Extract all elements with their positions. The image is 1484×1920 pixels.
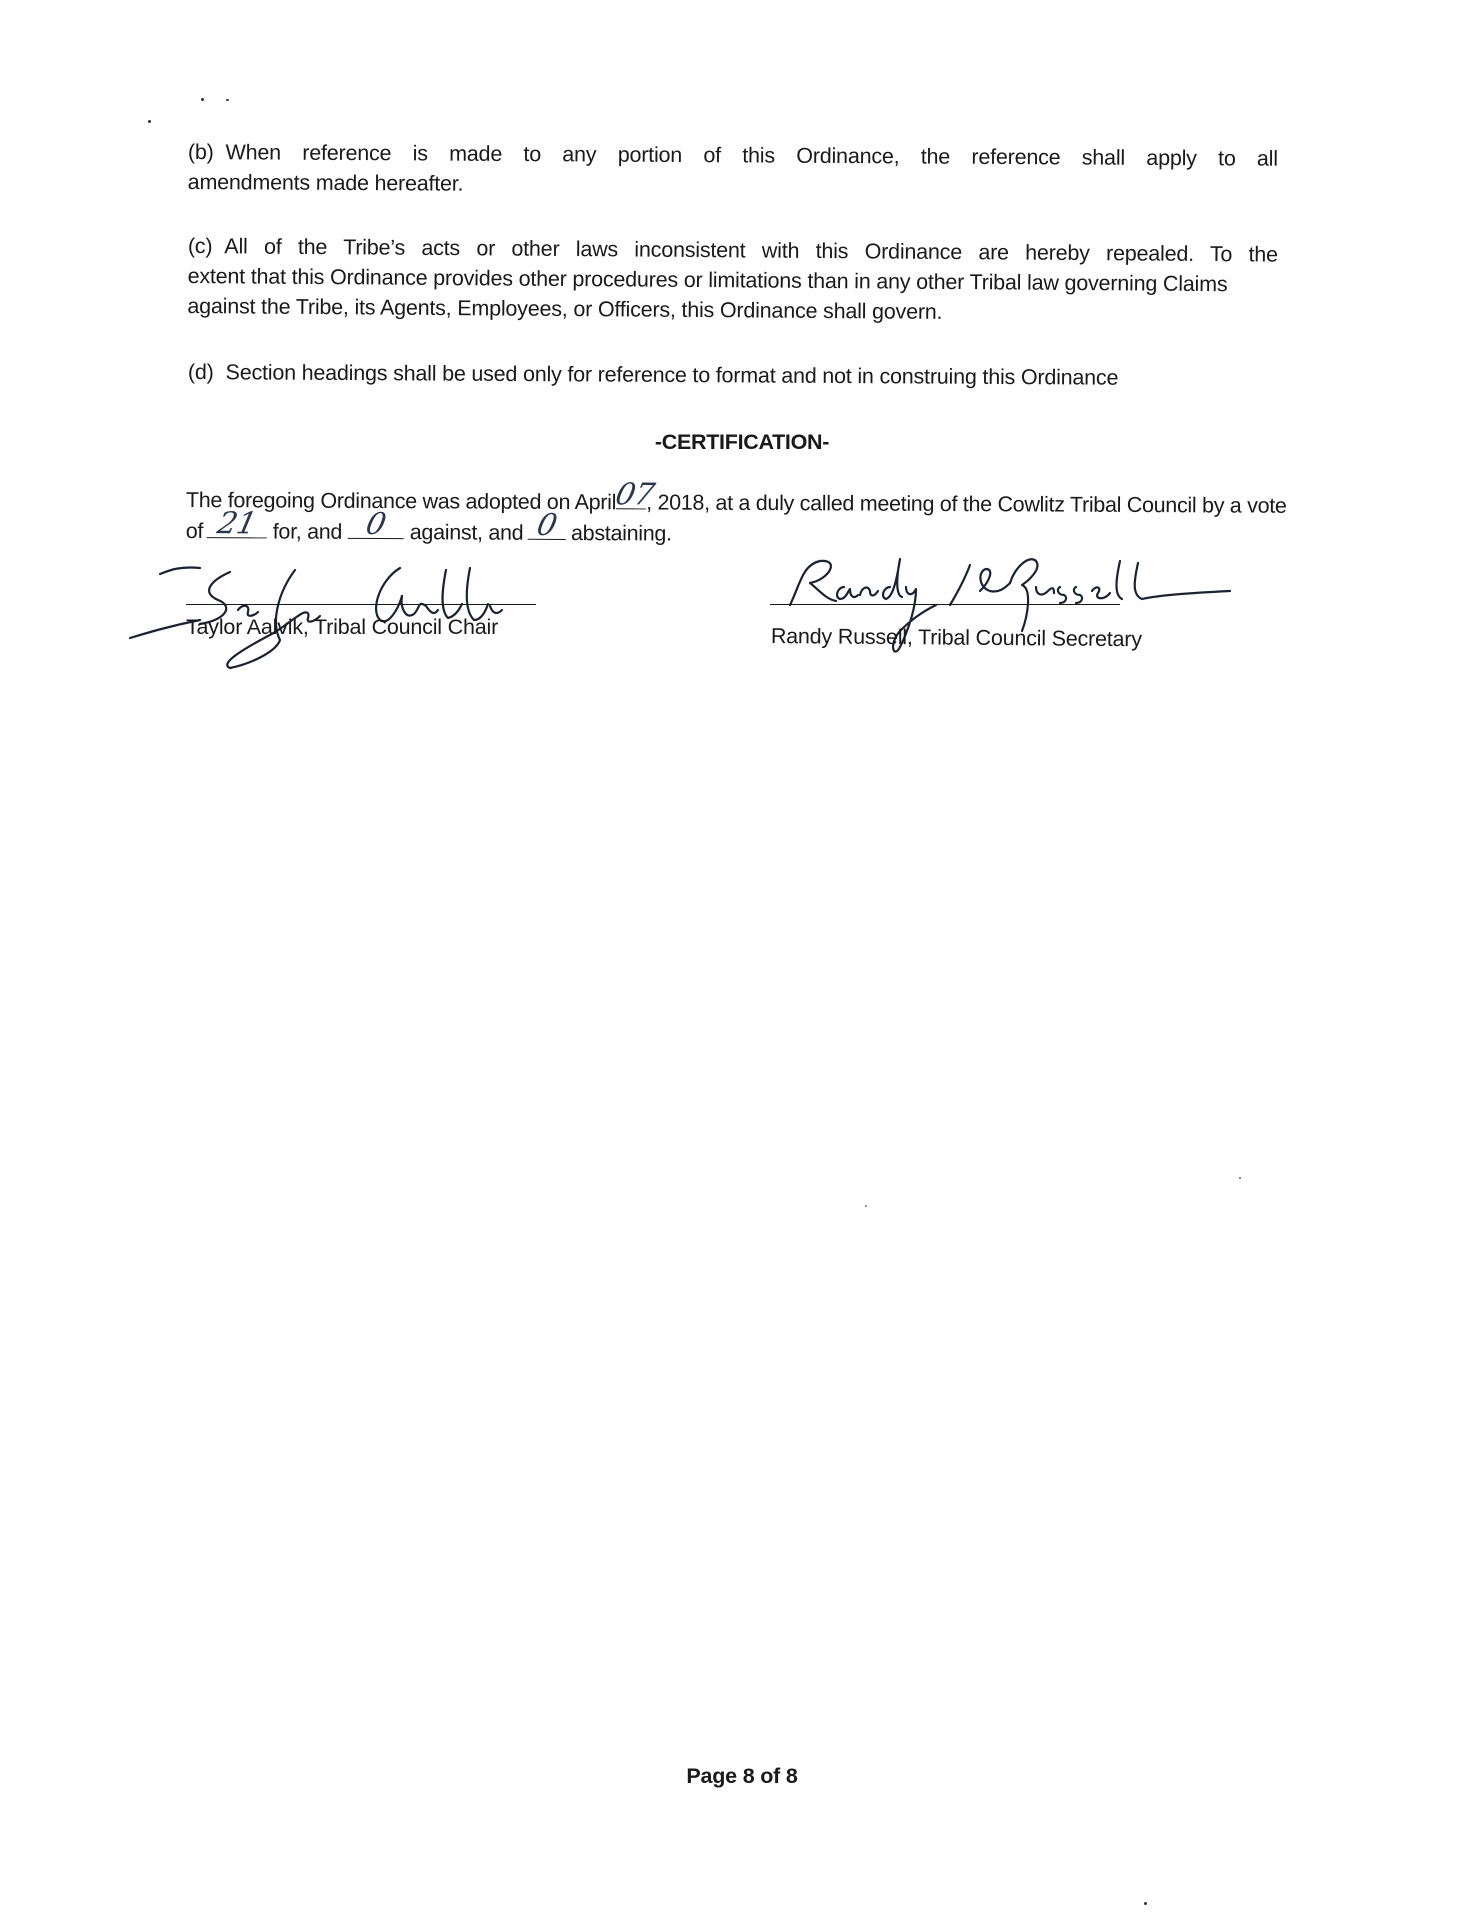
scan-speck [148,120,151,123]
signature-line [770,604,1120,605]
handwritten-votes-for: 21 [204,509,271,539]
handwritten-signature-icon [760,535,1280,675]
signatory-chair: Taylor Aalvik, Tribal Council Chair [186,615,498,640]
scan-speck [201,98,204,101]
date-day-field: 07 [616,486,646,509]
votes-abstaining-field: 0 [527,517,565,540]
paragraph-c-first-line: (c)All of the Tribe’s acts or other laws… [188,231,1278,270]
handwritten-signature-icon [130,540,550,670]
document-page: (b)When reference is made to any portion… [0,0,1484,1920]
paragraph-d: (d)Section headings shall be used only f… [188,357,1278,394]
page-number: Page 8 of 8 [0,1764,1484,1789]
scan-speck [226,99,229,101]
handwritten-votes-abstaining: 0 [524,511,569,541]
paragraph-c: (c)All of the Tribe’s acts or other laws… [187,231,1278,330]
paragraph-b-first-line: (b)When reference is made to any portion… [188,137,1278,174]
paragraph-label: (c) [188,234,213,258]
votes-against-field: 0 [348,516,404,539]
paragraph-b-rest: amendments made hereafter. [188,170,464,196]
signatory-secretary: Randy Russell, Tribal Council Secretary [771,624,1142,652]
paragraph-label: (b) [188,140,214,164]
votes-for-field: 21 [207,515,267,538]
paragraph-label: (d) [188,360,214,384]
scan-speck [1239,1177,1241,1179]
scan-speck [1144,1902,1147,1905]
paragraph-c-rest: extent that this Ordinance provides othe… [187,264,1227,324]
scan-speck [865,1205,867,1207]
certification-heading: -CERTIFICATION- [0,430,1484,455]
paragraph-b: (b)When reference is made to any portion… [188,137,1278,204]
handwritten-votes-against: 0 [345,510,408,540]
handwritten-date-day: 07 [613,480,650,510]
signature-line [186,604,536,605]
